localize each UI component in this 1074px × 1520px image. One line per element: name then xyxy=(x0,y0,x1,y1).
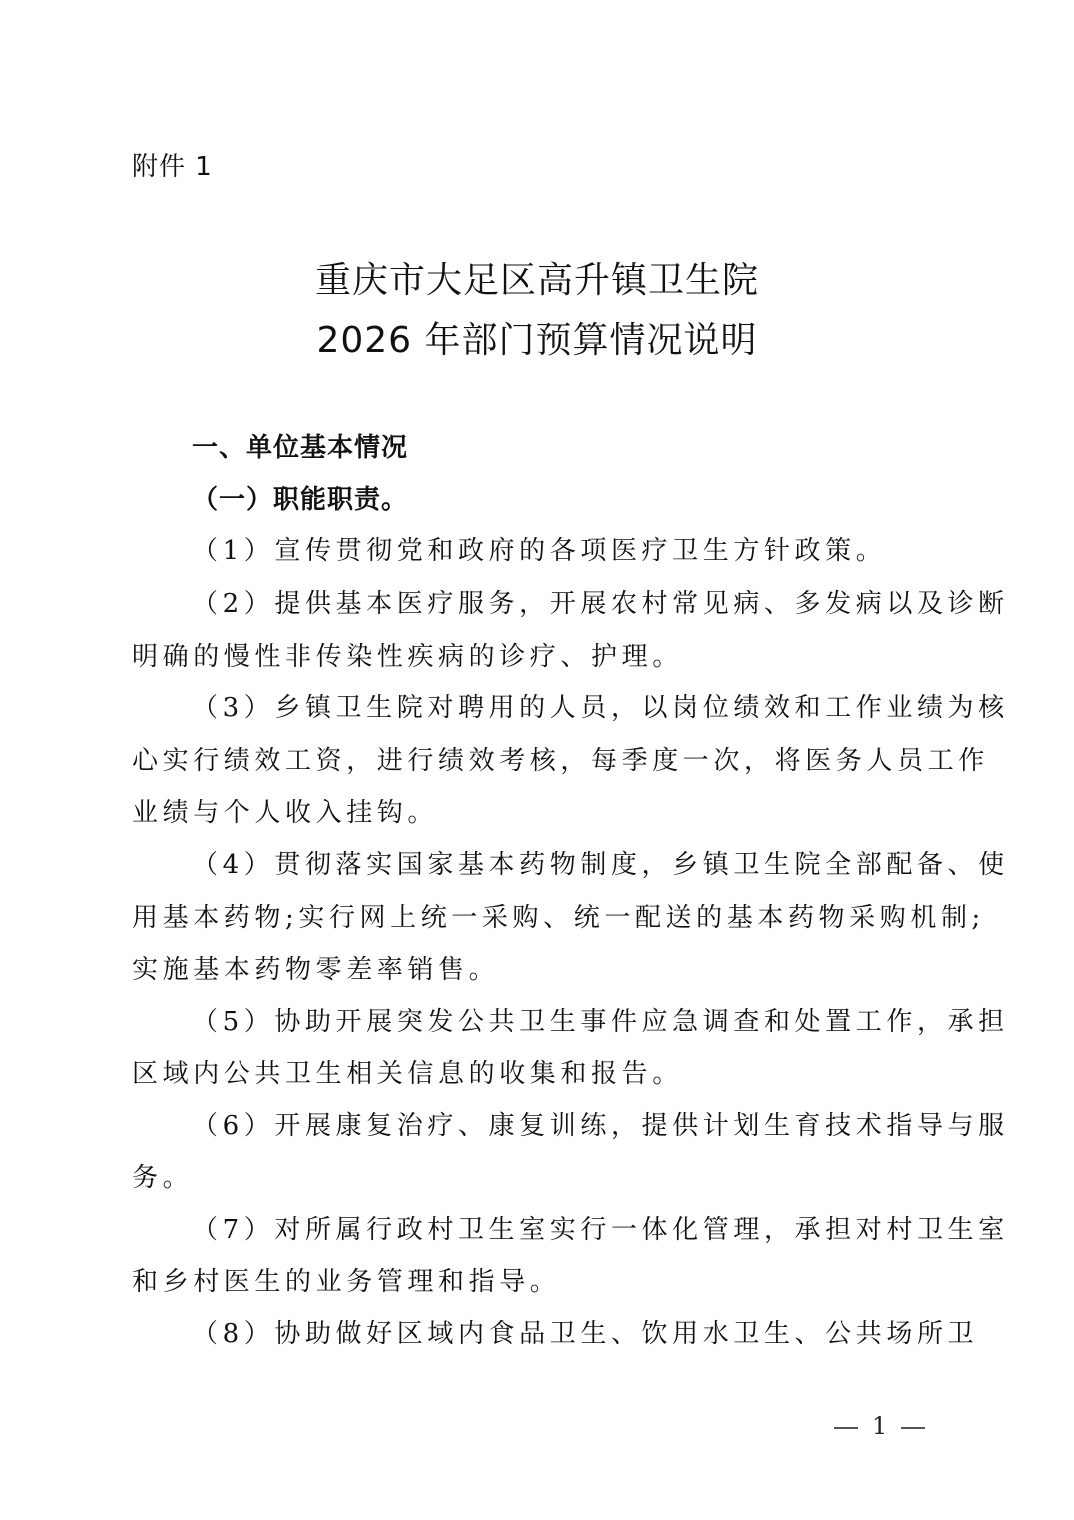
document-title-line1: 重庆市大足区高升镇卫生院 xyxy=(0,252,1074,303)
paragraph-line: （1）宣传贯彻党和政府的各项医疗卫生方针政策。 xyxy=(132,531,944,571)
paragraph-line: 和乡村医生的业务管理和指导。 xyxy=(132,1262,944,1302)
document-title-line2: 2026 年部门预算情况说明 xyxy=(0,312,1074,363)
paragraph-line: 明确的慢性非传染性疾病的诊疗、护理。 xyxy=(132,637,944,677)
section-heading: 一、单位基本情况 xyxy=(132,428,944,468)
paragraph-line: 区域内公共卫生相关信息的收集和报告。 xyxy=(132,1054,944,1094)
document-page: 附件 1 重庆市大足区高升镇卫生院 2026 年部门预算情况说明 一、单位基本情… xyxy=(0,0,1074,1520)
paragraph-line: （5）协助开展突发公共卫生事件应急调查和处置工作，承担 xyxy=(132,1002,944,1042)
paragraph-line: （7）对所属行政村卫生室实行一体化管理，承担对村卫生室 xyxy=(132,1210,944,1250)
dash-right xyxy=(901,1427,925,1429)
dash-left xyxy=(834,1427,858,1429)
paragraph-line: （6）开展康复治疗、康复训练，提供计划生育技术指导与服 xyxy=(132,1106,944,1146)
paragraph-line: （2）提供基本医疗服务，开展农村常见病、多发病以及诊断 xyxy=(132,584,944,624)
paragraph-line: （3）乡镇卫生院对聘用的人员，以岗位绩效和工作业绩为核 xyxy=(132,688,944,728)
paragraph-line: 心实行绩效工资，进行绩效考核，每季度一次，将医务人员工作 xyxy=(132,741,944,781)
paragraph-line: 用基本药物;实行网上统一采购、统一配送的基本药物采购机制; xyxy=(132,898,944,938)
attachment-label: 附件 1 xyxy=(132,146,213,183)
page-number-value: 1 xyxy=(872,1412,887,1440)
paragraph-line: 务。 xyxy=(132,1158,944,1198)
paragraph-line: 实施基本药物零差率销售。 xyxy=(132,950,944,990)
paragraph-line: （8）协助做好区域内食品卫生、饮用水卫生、公共场所卫 xyxy=(132,1314,944,1354)
section-subheading: （一）职能职责。 xyxy=(132,480,944,520)
paragraph-line: 业绩与个人收入挂钩。 xyxy=(132,793,944,833)
page-number: 1 xyxy=(820,1412,939,1440)
paragraph-line: （4）贯彻落实国家基本药物制度，乡镇卫生院全部配备、使 xyxy=(132,845,944,885)
